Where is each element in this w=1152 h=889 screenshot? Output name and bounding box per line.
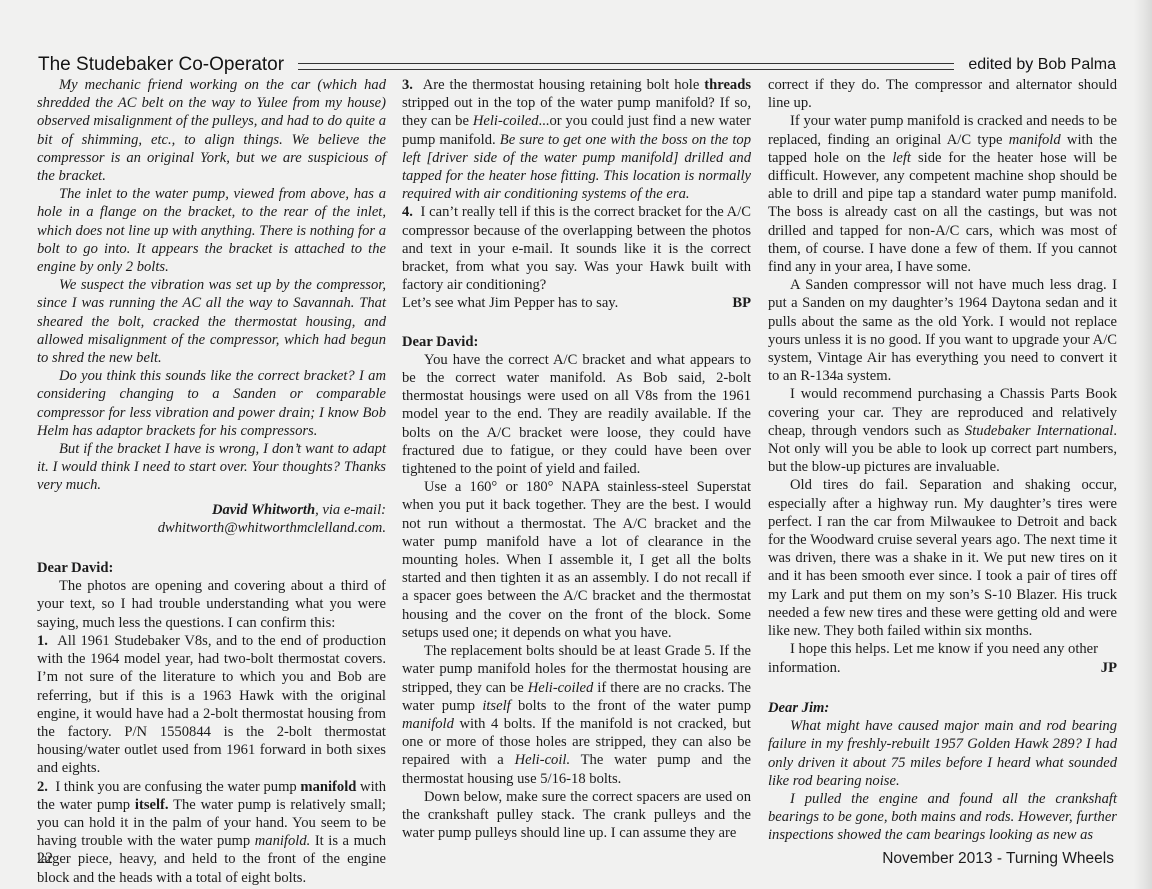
page-edge-shadow	[1134, 0, 1152, 889]
letter-paragraph: My mechanic friend working on the car (w…	[37, 76, 386, 185]
item-emphasis: manifold.	[255, 833, 311, 849]
letter-paragraph: Do you think this sounds like the correc…	[37, 367, 386, 440]
signature-via: , via e-mail:	[315, 502, 386, 518]
spacer	[37, 537, 386, 559]
letter-paragraph: What might have caused major main and ro…	[768, 717, 1117, 790]
item-number: 1.	[37, 633, 48, 649]
letter-paragraph: We suspect the vibration was set up by t…	[37, 276, 386, 367]
item-text: I can’t really tell if this is the corre…	[402, 204, 751, 293]
reply-paragraph: A Sanden compressor will not have much l…	[768, 276, 1117, 385]
column-2: 3. Are the thermostat housing retaining …	[402, 76, 751, 842]
spacer	[768, 677, 1117, 699]
letter-paragraph: I pulled the engine and found all the cr…	[768, 790, 1117, 845]
text: bolts to the front of the water pump	[511, 698, 751, 714]
spacer	[402, 313, 751, 333]
letter-paragraph: But if the bracket I have is wrong, I do…	[37, 440, 386, 495]
text: side for the heater hose will be difficu…	[768, 150, 1117, 275]
numbered-item-3: 3. Are the thermostat housing retaining …	[402, 76, 751, 203]
letter-salutation: Dear Jim:	[768, 699, 1117, 717]
signature-name: David Whitworth	[212, 502, 315, 518]
reply-paragraph: Old tires do fail. Separation and shakin…	[768, 476, 1117, 640]
item-text: All 1961 Studebaker V8s, and to the end …	[37, 633, 386, 776]
item-emphasis: Heli-coiled	[473, 113, 539, 129]
reply-salutation: Dear David:	[402, 333, 751, 351]
page-header: The Studebaker Co-Operator edited by Bob…	[38, 53, 1116, 77]
emphasis: Heli-coil.	[515, 752, 571, 768]
closing-initials: BP	[732, 294, 751, 312]
item-number: 2.	[37, 779, 48, 795]
issue-footer: November 2013 - Turning Wheels	[882, 850, 1114, 868]
closing-line: Let’s see what Jim Pepper has to say. BP	[402, 294, 751, 312]
reply-paragraph: Use a 160° or 180° NAPA stainless-steel …	[402, 478, 751, 642]
item-emphasis: itself.	[135, 797, 169, 813]
column-title: The Studebaker Co-Operator	[38, 54, 284, 76]
editor-credit: edited by Bob Palma	[968, 56, 1116, 74]
item-number: 3.	[402, 77, 413, 93]
reply-paragraph: The photos are opening and covering abou…	[37, 577, 386, 632]
emphasis: manifold	[402, 716, 454, 732]
item-text: I think you are confusing the water pump	[55, 779, 300, 795]
reply-paragraph: If your water pump manifold is cracked a…	[768, 112, 1117, 276]
emphasis: itself	[482, 698, 510, 714]
closing-text: Let’s see what Jim Pepper has to say.	[402, 294, 618, 312]
reply-paragraph: I would recommend purchasing a Chassis P…	[768, 385, 1117, 476]
emphasis: left	[892, 150, 911, 166]
numbered-item-2: 2. I think you are confusing the water p…	[37, 778, 386, 887]
item-number: 4.	[402, 204, 413, 220]
signature-email: dwhitworth@whitworthmclelland.com.	[37, 519, 386, 537]
emphasis: Studebaker International	[965, 423, 1113, 439]
column-1: My mechanic friend working on the car (w…	[37, 76, 386, 887]
reply-paragraph: You have the correct A/C bracket and wha…	[402, 351, 751, 478]
letter-paragraph: The inlet to the water pump, viewed from…	[37, 185, 386, 276]
page-number: 22	[37, 850, 53, 868]
numbered-item-1: 1. All 1961 Studebaker V8s, and to the e…	[37, 632, 386, 778]
reply-paragraph: Down below, make sure the correct spacer…	[402, 788, 751, 843]
numbered-item-4: 4. I can’t really tell if this is the co…	[402, 203, 751, 294]
emphasis: Heli-coiled	[528, 680, 594, 696]
header-double-rule	[298, 63, 954, 70]
column-3: correct if they do. The compressor and a…	[768, 76, 1117, 845]
reply-salutation: Dear David:	[37, 559, 386, 577]
letter-signature: David Whitworth, via e-mail:	[37, 501, 386, 519]
item-emphasis: manifold	[300, 779, 356, 795]
item-emphasis: threads	[704, 77, 751, 93]
reply-paragraph: correct if they do. The compressor and a…	[768, 76, 1117, 112]
emphasis: manifold	[1009, 132, 1061, 148]
item-text: Are the thermostat housing retaining bol…	[423, 77, 705, 93]
reply-paragraph: The replacement bolts should be at least…	[402, 642, 751, 788]
